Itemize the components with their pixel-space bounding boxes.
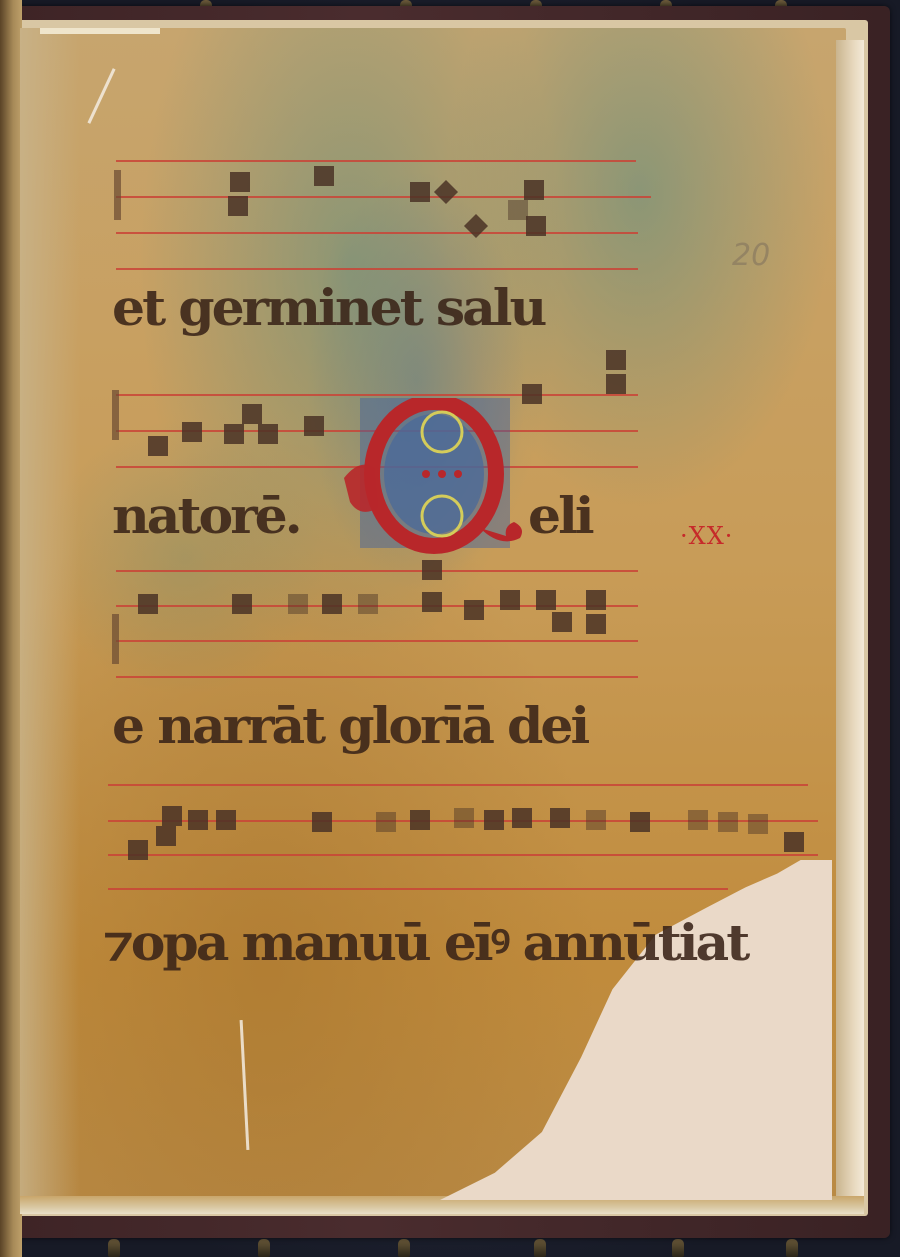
neume xyxy=(718,812,738,832)
neume xyxy=(526,216,546,236)
neume xyxy=(784,832,804,852)
neume xyxy=(422,560,442,580)
support-peg xyxy=(398,1239,410,1257)
page-edge-sliver xyxy=(40,28,160,34)
neume xyxy=(224,424,244,444)
neume xyxy=(182,422,202,442)
neume xyxy=(304,416,324,436)
staff-line xyxy=(116,196,651,198)
neume xyxy=(536,590,556,610)
neume xyxy=(312,812,332,832)
neume xyxy=(748,814,768,834)
neume xyxy=(228,196,248,216)
neume xyxy=(508,200,528,220)
staff-line xyxy=(108,888,728,890)
lyric-line-1: et germinet salu xyxy=(112,280,544,338)
neume xyxy=(512,808,532,828)
neume xyxy=(688,810,708,830)
staff-line xyxy=(116,640,638,642)
book-gutter xyxy=(0,0,22,1257)
neume xyxy=(314,166,334,186)
staff-line xyxy=(108,784,808,786)
neume xyxy=(322,594,342,614)
support-peg xyxy=(258,1239,270,1257)
neume xyxy=(128,840,148,860)
support-peg xyxy=(534,1239,546,1257)
lyric-line-2b: eli xyxy=(528,488,592,546)
lyric-line-3: e narrāt glorīā dei xyxy=(112,698,587,756)
neume xyxy=(358,594,378,614)
staff-line xyxy=(116,570,638,572)
neume xyxy=(138,594,158,614)
neume xyxy=(148,436,168,456)
neume xyxy=(376,812,396,832)
neume xyxy=(422,592,442,612)
neume xyxy=(484,810,504,830)
neume xyxy=(586,810,606,830)
neume xyxy=(500,590,520,610)
neume xyxy=(232,594,252,614)
neume xyxy=(230,172,250,192)
neume xyxy=(410,182,430,202)
staff-line xyxy=(116,268,638,270)
c-clef-icon xyxy=(112,614,119,664)
manuscript-photo: et germinet salu natorē. eli ·XX· 20 xyxy=(0,0,900,1257)
neume xyxy=(288,594,308,614)
staff-line xyxy=(116,160,636,162)
support-peg xyxy=(786,1239,798,1257)
lyric-line-4: ⁊opa manuū eīꝰ annūtiat xyxy=(104,908,747,975)
neume xyxy=(258,424,278,444)
staff-line xyxy=(116,394,638,396)
support-peg xyxy=(108,1239,120,1257)
rubric-numeral: ·XX· xyxy=(680,522,733,550)
neume xyxy=(524,180,544,200)
neume xyxy=(188,810,208,830)
page-edge-highlight xyxy=(20,28,80,1204)
folio-number: 20 xyxy=(732,238,770,273)
illuminated-initial-q xyxy=(330,398,530,558)
neume xyxy=(216,810,236,830)
neume xyxy=(630,812,650,832)
staff-line xyxy=(116,232,638,234)
staff-line xyxy=(116,676,638,678)
neume xyxy=(156,826,176,846)
neume xyxy=(410,810,430,830)
neume xyxy=(586,590,606,610)
neume xyxy=(464,600,484,620)
neume xyxy=(586,614,606,634)
neume xyxy=(162,806,182,826)
neume xyxy=(606,350,626,370)
support-peg xyxy=(672,1239,684,1257)
neume xyxy=(552,612,572,632)
neume xyxy=(242,404,262,424)
neume xyxy=(550,808,570,828)
staff-line xyxy=(108,854,818,856)
neume xyxy=(606,374,626,394)
c-clef-icon xyxy=(112,390,119,440)
neume xyxy=(454,808,474,828)
lyric-line-2a: natorē. xyxy=(112,488,300,546)
c-clef-icon xyxy=(114,170,121,220)
right-page-edges xyxy=(836,40,864,1200)
